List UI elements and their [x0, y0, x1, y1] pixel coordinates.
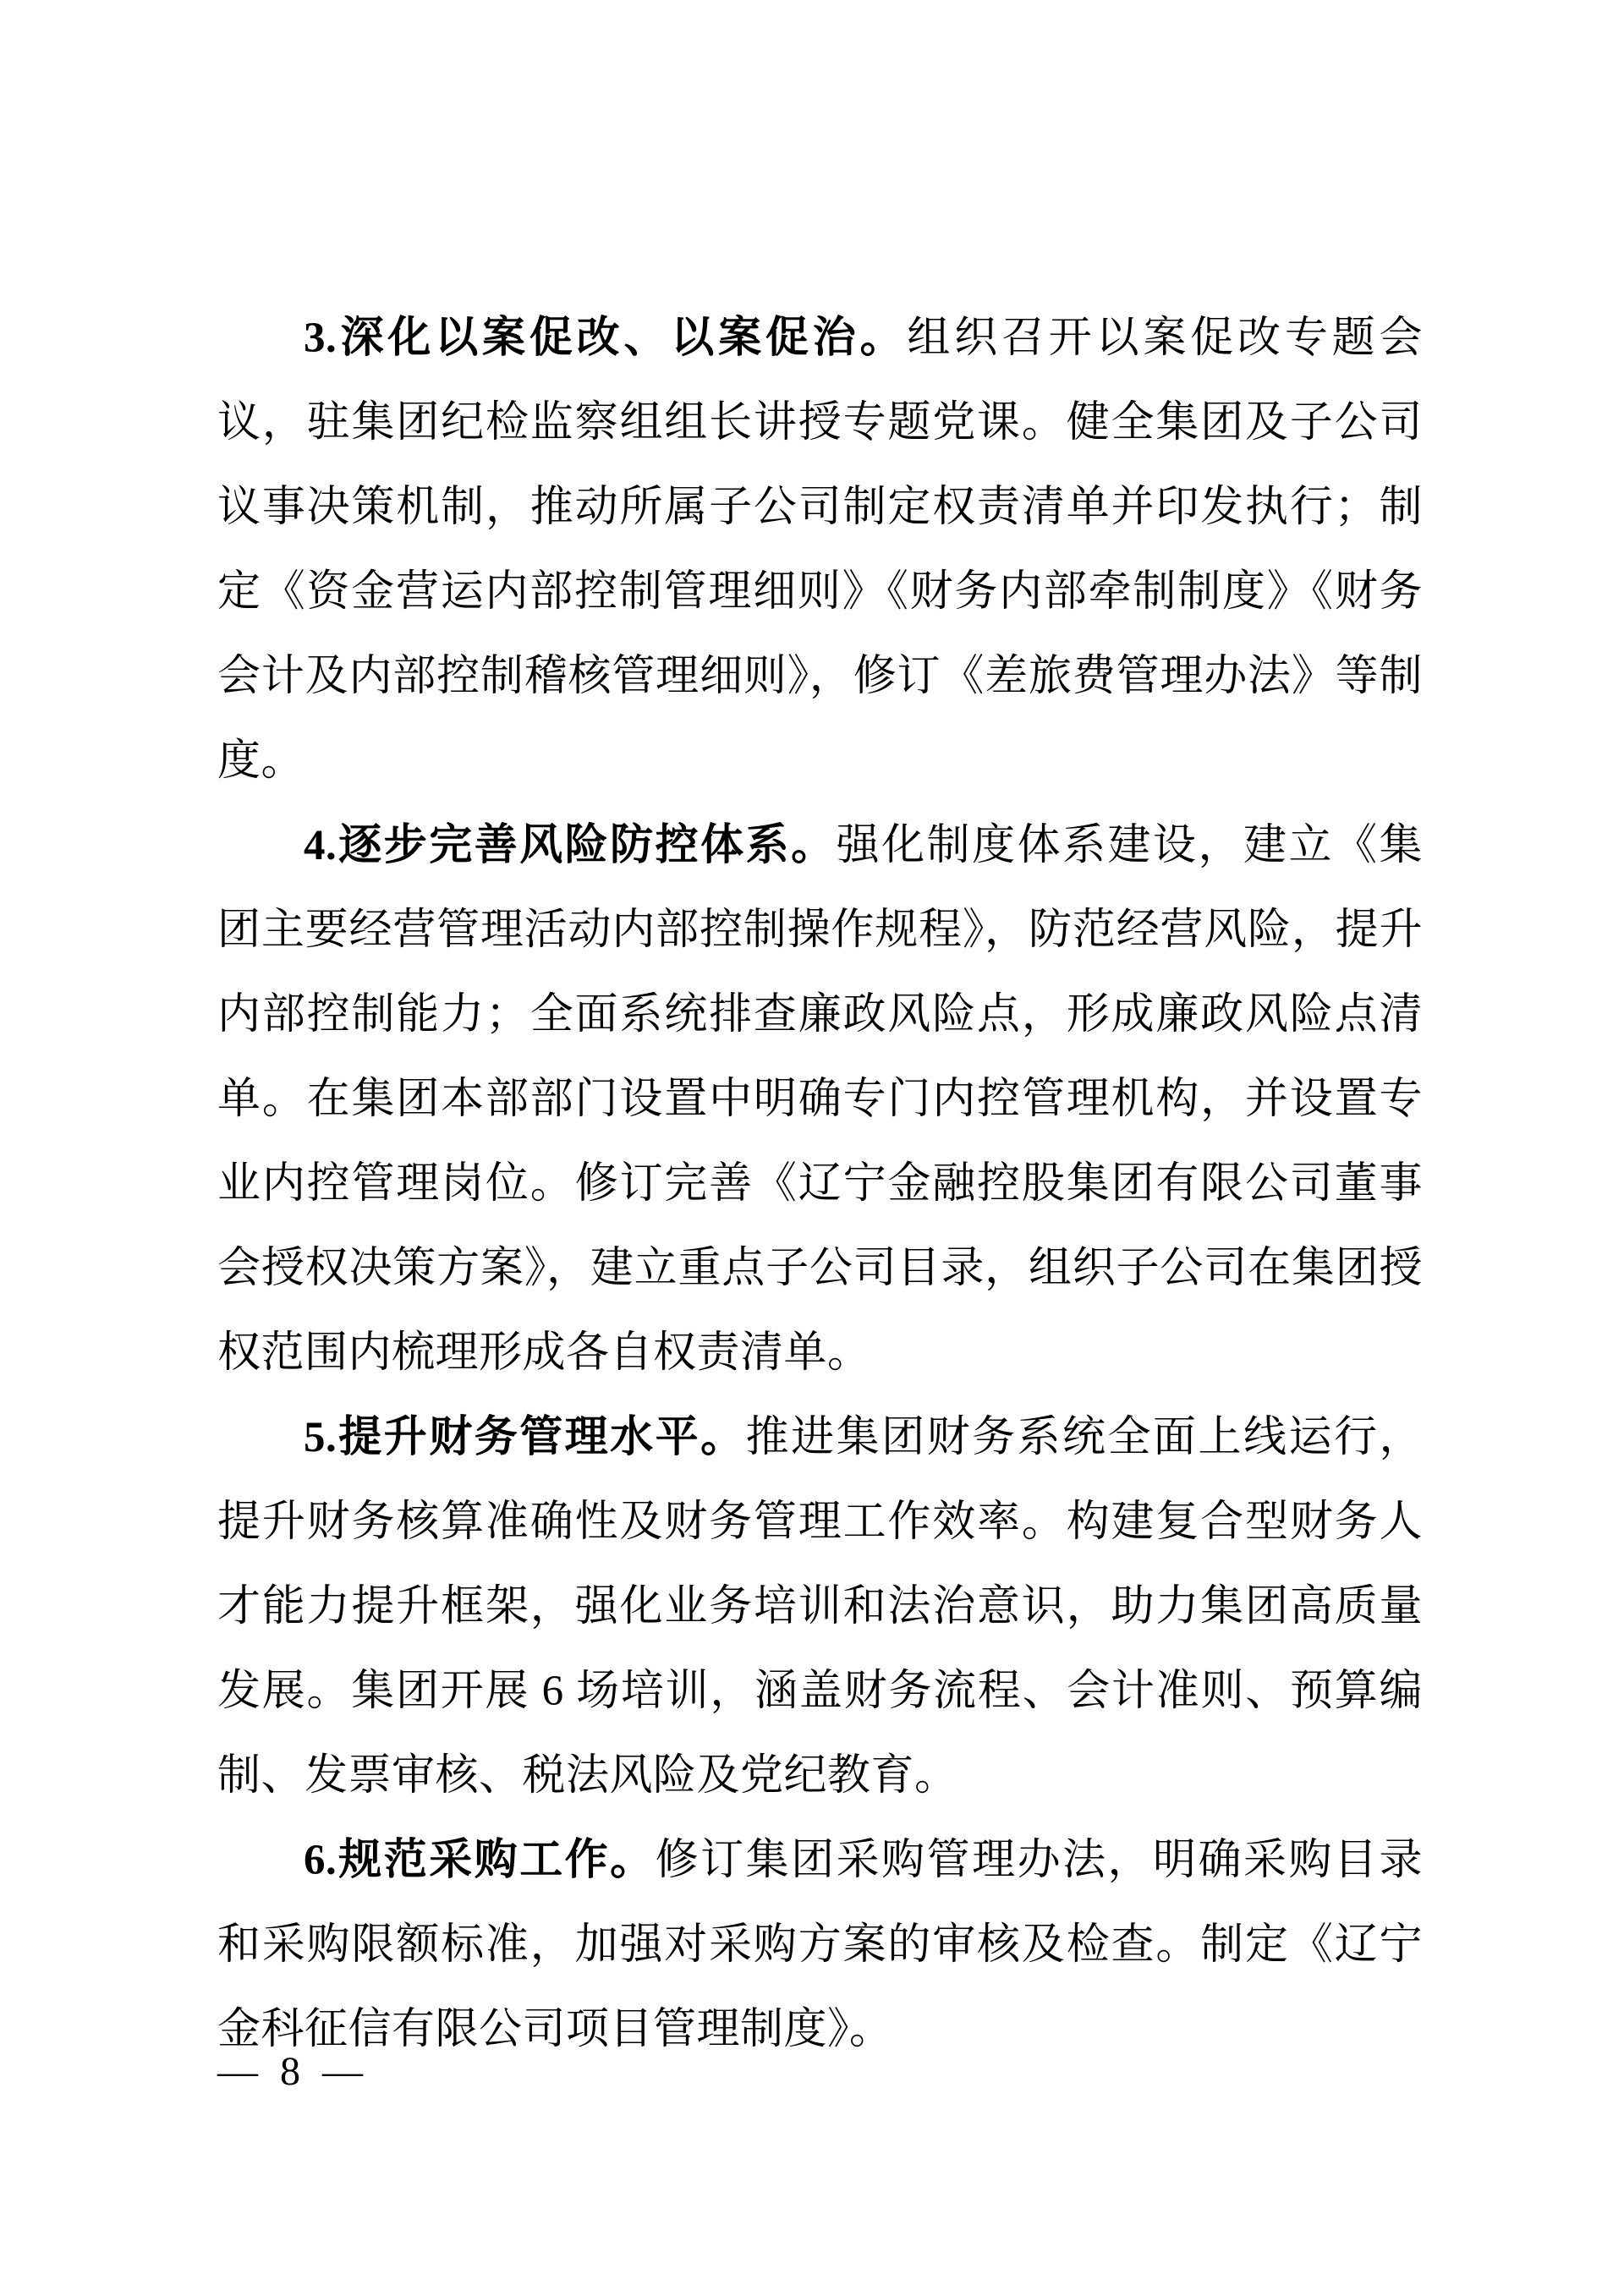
- paragraph-lead: 5.提升财务管理水平。: [304, 1414, 746, 1461]
- paragraph-lead: 4.逐步完善风险防控体系。: [304, 822, 837, 869]
- paragraph: 5.提升财务管理水平。推进集团财务系统全面上线运行，提升财务核算准确性及财务管理…: [217, 1395, 1423, 1818]
- footer-right-dash: —: [322, 2049, 363, 2094]
- document-body: 3.深化以案促改、以案促治。组织召开以案促改专题会议，驻集团纪检监察组组长讲授专…: [217, 296, 1423, 2072]
- page-footer: —8—: [217, 2030, 363, 2114]
- paragraph: 6.规范采购工作。修订集团采购管理办法，明确采购目录和采购限额标准，加强对采购方…: [217, 1818, 1423, 2072]
- paragraph-text: 组织召开以案促改专题会议，驻集团纪检监察组组长讲授专题党课。健全集团及子公司议事…: [217, 315, 1423, 785]
- paragraph-lead: 3.深化以案促改、以案促治。: [304, 315, 907, 362]
- page-number: 8: [258, 2049, 322, 2094]
- footer-left-dash: —: [217, 2049, 258, 2094]
- paragraph: 4.逐步完善风险防控体系。强化制度体系建设，建立《集团主要经营管理活动内部控制操…: [217, 803, 1423, 1395]
- paragraph-text: 强化制度体系建设，建立《集团主要经营管理活动内部控制操作规程》，防范经营风险，提…: [217, 822, 1423, 1377]
- paragraph-text: 推进集团财务系统全面上线运行，提升财务核算准确性及财务管理工作效率。构建复合型财…: [217, 1414, 1423, 1800]
- document-page: 3.深化以案促改、以案促治。组织召开以案促改专题会议，驻集团纪检监察组组长讲授专…: [0, 0, 1624, 2296]
- paragraph: 3.深化以案促改、以案促治。组织召开以案促改专题会议，驻集团纪检监察组组长讲授专…: [217, 296, 1423, 803]
- paragraph-lead: 6.规范采购工作。: [304, 1837, 656, 1884]
